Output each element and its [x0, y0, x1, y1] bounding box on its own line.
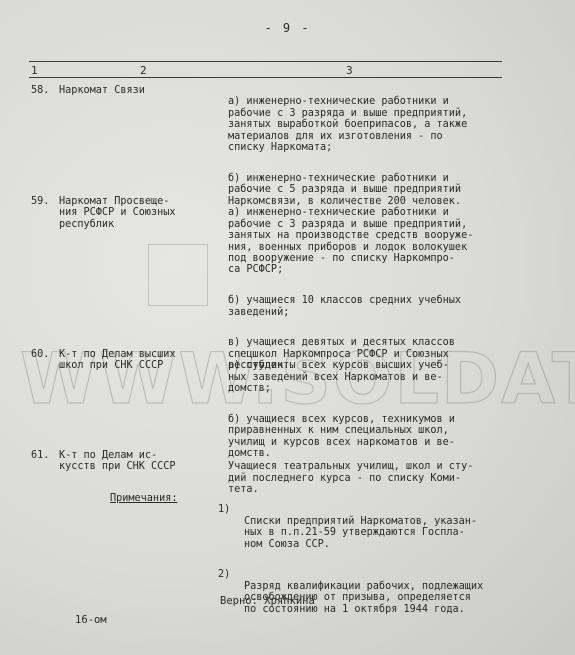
row-item: а) студенты всех курсов высших учеб- ных… — [228, 360, 518, 394]
row-number: 58. — [31, 85, 61, 96]
column-header-3: 3 — [346, 64, 353, 77]
note-number: 2) — [218, 569, 230, 580]
row-item: Учащиеся театральных училищ, школ и сту-… — [228, 461, 518, 495]
table-rule-bottom — [29, 77, 502, 78]
note-item: 1) Списки предприятий Наркоматов, указан… — [218, 493, 508, 550]
row-organization: Наркомат Связи — [59, 85, 224, 96]
document-code: 16-ом — [75, 614, 107, 626]
row-number: 61. — [31, 450, 61, 461]
note-number: 1) — [218, 504, 230, 515]
row-number: 60. — [31, 349, 61, 360]
note-text: Списки предприятий Наркоматов, указан- н… — [244, 516, 477, 550]
table-rule-top — [29, 61, 502, 62]
faint-stamp — [148, 244, 208, 306]
row-item: а) инженерно-технические работники и раб… — [228, 207, 518, 275]
notes-label: Примечания: — [110, 493, 177, 504]
row-organization: К-т по Делам высших школ при СНК СССР — [59, 349, 224, 372]
row-number: 59. — [31, 196, 61, 207]
row-organization: Наркомат Просвеще- ния РСФСР и Союзных р… — [59, 196, 224, 230]
row-organization: К-т по Делам ис- кусств при СНК СССР — [59, 450, 224, 473]
page-number: - 9 - — [0, 21, 575, 35]
certification-signature: Верно: Хряпкина — [220, 595, 315, 607]
row-item: б) учащиеся 10 классов средних учебных з… — [228, 295, 518, 318]
column-header-1: 1 — [31, 64, 38, 77]
column-header-2: 2 — [140, 64, 147, 77]
row-item: а) инженерно-технические работники и раб… — [228, 96, 518, 153]
